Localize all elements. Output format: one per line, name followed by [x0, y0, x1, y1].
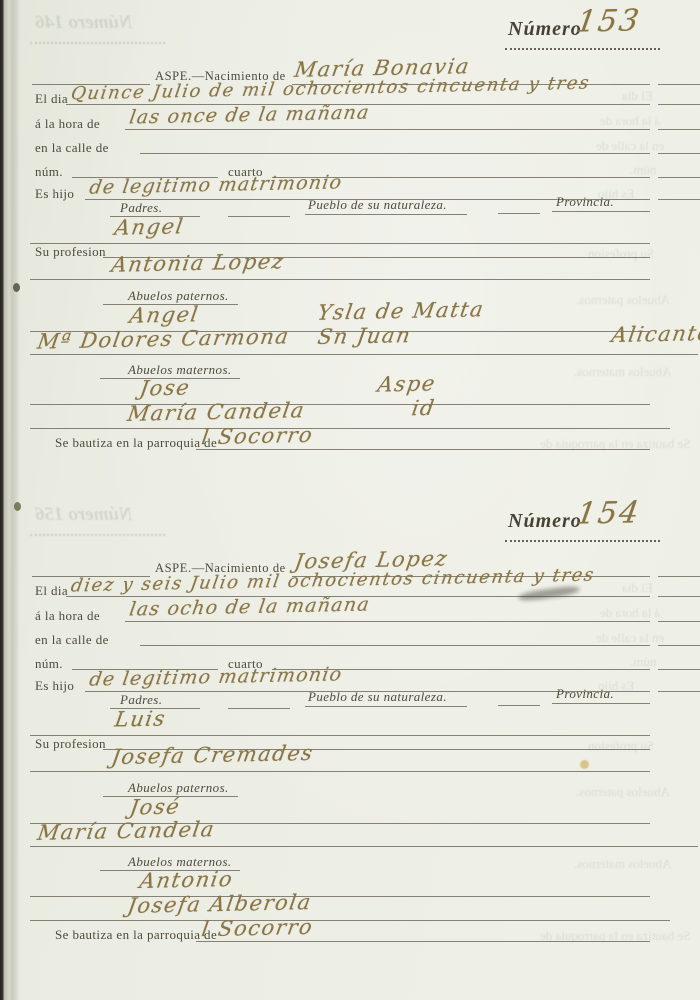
maternal-grandfather-handwritten: Antonio	[138, 867, 235, 893]
ghost-dotted-rule	[30, 42, 165, 44]
birth-record: Número 156 Número 154 ASPE.—Nacimiento d…	[0, 492, 700, 982]
padres-header: Padres.	[120, 200, 162, 216]
rule	[30, 771, 650, 772]
paternal-grandfather-handwritten: José	[128, 794, 182, 819]
rule	[140, 153, 650, 154]
maternal-grandmother-handwritten: María Candela	[126, 398, 307, 426]
numero-handwritten: 154	[574, 495, 643, 531]
birth-hour-handwritten: las ocho de la mañana	[128, 593, 372, 620]
birth-date-handwritten: diez y seis Julio mil ochocientos cincue…	[69, 565, 596, 597]
pueblo-header: Pueblo de su naturaleza.	[308, 689, 447, 705]
ghost-se-bautiza: Se bautiza en la parroquia de	[540, 436, 691, 452]
rule	[30, 354, 698, 355]
header-underline	[228, 708, 290, 709]
ghost-a-la-hora: á la hora de	[600, 605, 660, 621]
rule	[30, 735, 650, 736]
ghost-a-la-hora: á la hora de	[600, 113, 660, 129]
rule	[30, 279, 650, 280]
legitimacy-handwritten: de legitimo matrimonio	[88, 663, 344, 690]
rule-right-col	[658, 129, 700, 130]
ghost-su-profesion: Su profesion	[588, 738, 654, 754]
numero-label: Número	[508, 510, 582, 533]
rule-right-col	[658, 153, 700, 154]
bautiza-label: Se bautiza en la parroquia de	[55, 927, 217, 943]
ghost-es-hijo: Es hijo	[598, 678, 634, 694]
header-underline	[552, 703, 650, 704]
ghost-el-dia: El dia	[622, 580, 653, 596]
maternal-grandmother-pueblo-handwritten: id	[410, 396, 437, 420]
header-underline	[228, 216, 290, 217]
numero-dotted-rule	[505, 540, 660, 542]
rule-right-col	[658, 621, 700, 622]
paternal-grandfather-handwritten: Angel	[128, 302, 201, 327]
rule	[30, 846, 698, 847]
parish-handwritten: l Socorro	[200, 915, 315, 941]
ghost-abuelos-maternos: Abuelos maternos.	[574, 364, 671, 380]
profesion-label: Su profesion	[35, 244, 106, 260]
es-hijo-label: Es hijo	[35, 186, 74, 202]
paternal-grandmother-pueblo-handwritten: Sn Juan	[316, 323, 413, 349]
birth-record: Número 146 Número 153 ASPE.—Nacimiento d…	[0, 0, 700, 490]
binding-dot-stain	[13, 283, 20, 292]
ghost-en-la-calle: en la calle de	[596, 630, 664, 646]
abuelos-paternos-label: Abuelos paternos.	[128, 288, 229, 304]
ghost-abuelos-paternos: Abuelos paternos.	[576, 292, 670, 308]
padres-header: Padres.	[120, 692, 162, 708]
rule-right-col	[658, 104, 700, 105]
ghost-su-profesion: Su profesion	[588, 246, 654, 262]
num-label: núm.	[35, 164, 63, 180]
binding-dot-stain	[14, 502, 21, 511]
birth-date-handwritten: Quince Julio de mil ochocientos cincuent…	[69, 73, 591, 105]
rule	[125, 621, 650, 622]
num-label: núm.	[35, 656, 63, 672]
ghost-es-hijo: Es hijo	[598, 186, 634, 202]
header-underline	[498, 213, 540, 214]
parish-handwritten: l Socorro	[200, 423, 315, 449]
ghost-dotted-rule	[30, 534, 165, 536]
ghost-el-dia: El dia	[622, 88, 653, 104]
profesion-label: Su profesion	[35, 736, 106, 752]
ghost-se-bautiza: Se bautiza en la parroquia de	[540, 928, 691, 944]
rule-right-col	[658, 691, 700, 692]
numero-handwritten: 153	[574, 3, 643, 39]
rule-right-col	[658, 645, 700, 646]
maternal-grandfather-handwritten: Jose	[138, 375, 192, 400]
rule-right-col	[658, 669, 700, 670]
paternal-grandmother-handwritten: María Candela	[36, 817, 217, 845]
mother-name-handwritten: Josefa Cremades	[110, 741, 316, 769]
numero-dotted-rule	[505, 48, 660, 50]
rule	[125, 129, 650, 130]
bautiza-label: Se bautiza en la parroquia de	[55, 435, 217, 451]
legitimacy-handwritten: de legitimo matrimonio	[88, 171, 344, 198]
ghost-num: núm.	[630, 162, 656, 178]
header-underline	[552, 211, 650, 212]
father-name-handwritten: Luis	[113, 706, 168, 731]
paternal-grandfather-pueblo-handwritten: Ysla de Matta	[316, 297, 486, 324]
rule-right-col	[658, 199, 700, 200]
ghost-en-la-calle: en la calle de	[596, 138, 664, 154]
ghost-numero-bleedthrough: Número 146	[35, 12, 133, 34]
ghost-abuelos-paternos: Abuelos paternos.	[576, 784, 670, 800]
el-dia-label: El dia	[35, 583, 68, 599]
rule-right-col	[658, 576, 700, 577]
rule-right-col	[658, 177, 700, 178]
header-underline	[305, 706, 467, 707]
rule	[30, 896, 650, 897]
mother-name-handwritten: Antonia Lopez	[110, 249, 287, 277]
header-underline	[305, 214, 467, 215]
paternal-grandmother-provincia-handwritten: Alicante	[610, 321, 700, 347]
birth-hour-handwritten: las once de la mañana	[128, 101, 372, 128]
father-name-handwritten: Angel	[113, 214, 186, 239]
registry-page: Número 146 Número 153 ASPE.—Nacimiento d…	[0, 0, 700, 1000]
maternal-grandmother-handwritten: Josefa Alberola	[126, 890, 314, 918]
rule	[30, 428, 670, 429]
rule-right-col	[658, 596, 700, 597]
calle-label: en la calle de	[35, 632, 109, 648]
el-dia-label: El dia	[35, 91, 68, 107]
ghost-num: núm.	[630, 654, 656, 670]
rule	[140, 645, 650, 646]
rule	[30, 243, 650, 244]
rule	[30, 404, 650, 405]
rule	[30, 920, 670, 921]
header-underline	[498, 705, 540, 706]
maternal-grandfather-pueblo-handwritten: Aspe	[376, 371, 438, 396]
paternal-grandmother-handwritten: Mª Dolores Carmona	[36, 324, 292, 353]
rule-right-col	[658, 84, 700, 85]
yellow-spot-stain	[580, 760, 589, 769]
pueblo-header: Pueblo de su naturaleza.	[308, 197, 447, 213]
ghost-abuelos-maternos: Abuelos maternos.	[574, 856, 671, 872]
ghost-numero-bleedthrough: Número 156	[35, 504, 133, 526]
hora-label: á la hora de	[35, 116, 100, 132]
es-hijo-label: Es hijo	[35, 678, 74, 694]
numero-label: Número	[508, 18, 582, 41]
calle-label: en la calle de	[35, 140, 109, 156]
hora-label: á la hora de	[35, 608, 100, 624]
